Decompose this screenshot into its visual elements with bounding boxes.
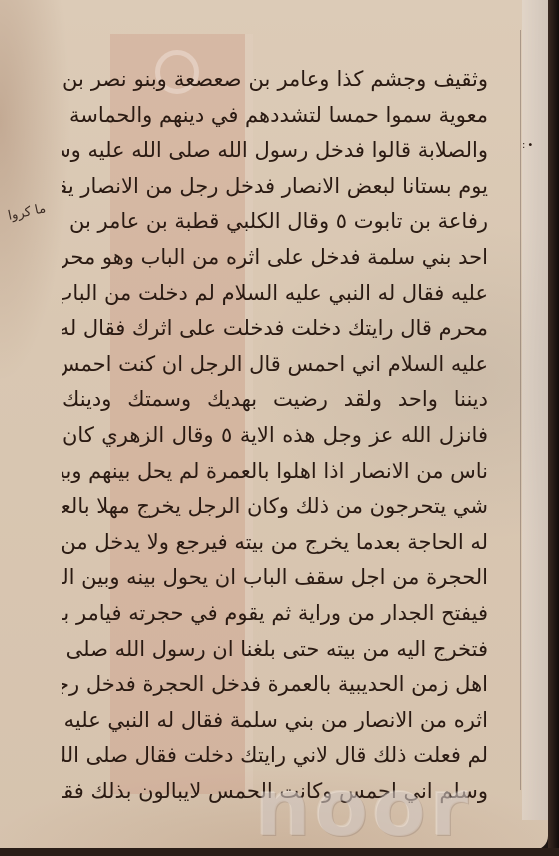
text-line-16: فيفتح الجدار من وراية ثم يقوم في حجرته ف… [62,596,488,632]
watermark-text: noor [255,770,472,848]
text-line-17: فتخرج اليه من بيته حتى بلغنا ان رسول الل… [62,632,488,668]
text-line-11: فانزل الله عز وجل هذه الاية ٥ وقال الزهر… [62,418,488,454]
text-line-14: له الحاجة بعدما يخرج من بيته فيرجع ولا ي… [62,525,488,561]
text-line-1: وثقيف وجشم كذا وعامر بن صعصعة وبنو نصر ب… [62,62,488,98]
bottom-shadow [0,848,559,856]
text-line-19: اثره من الانصار من بني سلمة فقال له النب… [62,703,488,739]
text-line-6: احد بني سلمة فدخل على اثره من الباب وهو … [62,240,488,276]
text-line-12: ناس من الانصار اذا اهلوا بالعمرة لم يحل … [62,454,488,490]
text-line-8: محرم قال رايتك دخلت فدخلت على اثرك فقال … [62,311,488,347]
text-line-15: الحجرة من اجل سقف الباب ان يحول بينه وبي… [62,560,488,596]
text-line-13: شي يتحرجون من ذلك وكان الرجل يخرج مهلا ب… [62,489,488,525]
text-line-9: عليه السلام اني احمس قال الرجل ان كنت اح… [62,347,488,383]
binding-shadow [548,0,559,856]
page-fold-line [520,30,521,790]
text-line-10: ديننا واحد ولقد رضيت بهديك وسمتك ودينك [62,382,488,418]
text-line-4: يوم بستانا لبعض الانصار فدخل رجل من الان… [62,169,488,205]
text-line-2: معوية سموا حمسا لتشددهم في دينهم والحماس… [62,98,488,134]
manuscript-page: :• ما كروا وثقيف وجشم كذا وعامر بن صعصعة… [0,0,548,850]
ink-dots: :• [522,140,535,151]
text-line-7: عليه فقال له النبي عليه السلام لم دخلت م… [62,276,488,312]
text-line-5: رفاعة بن تابوت ٥ وقال الكلبي قطبة بن عام… [62,204,488,240]
manuscript-text: وثقيف وجشم كذا وعامر بن صعصعة وبنو نصر ب… [62,62,488,809]
text-line-18: اهل زمن الحديبية بالعمرة فدخل الحجرة فدخ… [62,667,488,703]
text-line-3: والصلابة قالوا فدخل رسول الله صلى الله ع… [62,133,488,169]
page-right-edge [522,0,548,820]
margin-note: ما كروا [7,201,48,224]
